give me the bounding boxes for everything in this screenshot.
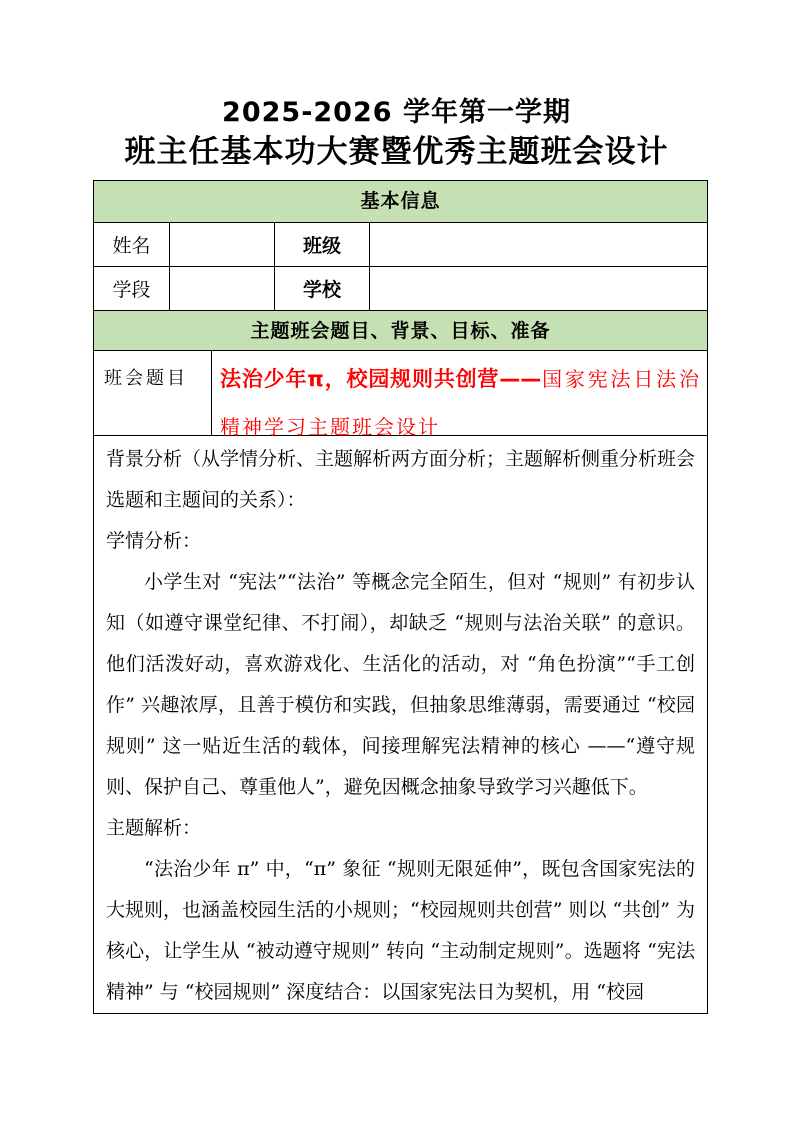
field-label-class: 班级 <box>274 223 369 266</box>
topic-row-label: 班会题目 <box>94 351 211 435</box>
doc-title-line1: 2025-2026 学年第一学期 <box>0 0 793 130</box>
background-analysis-cell: 背景分析（从学情分析、主题解析两方面分析；主题解析侧重分析班会选题和主题间的关系… <box>94 435 707 1013</box>
field-value-stage[interactable] <box>169 267 274 310</box>
zhuti-body: “法治少年 π” 中，“π” 象征 “规则无限延伸”，既包含国家宪法的大规则，也… <box>106 849 695 1013</box>
info-row-name-class: 姓名 班级 <box>94 222 707 266</box>
document-page: 2025-2026 学年第一学期 班主任基本功大赛暨优秀主题班会设计 基本信息 … <box>0 0 793 1122</box>
xueqing-body: 小学生对 “宪法”“法治” 等概念完全陌生，但对 “规则” 有初步认知（如遵守课… <box>106 562 695 808</box>
topic-row: 班会题目 法治少年π，校园规则共创营——国家宪法日法治精神学习主题班会设计 <box>94 350 707 435</box>
form-table: 基本信息 姓名 班级 学段 学校 主题班会题目、背景、目标、准备 班会题目 法治… <box>93 180 708 1014</box>
background-intro: 背景分析（从学情分析、主题解析两方面分析；主题解析侧重分析班会选题和主题间的关系… <box>106 439 695 521</box>
field-label-stage: 学段 <box>94 267 169 310</box>
info-row-stage-school: 学段 学校 <box>94 266 707 310</box>
topic-title-emphasis: 法治少年π，校园规则共创营—— <box>220 367 541 391</box>
field-value-name[interactable] <box>169 223 274 266</box>
zhuti-heading: 主题解析： <box>106 808 695 849</box>
doc-title-line2: 班主任基本功大赛暨优秀主题班会设计 <box>0 132 793 172</box>
field-value-school[interactable] <box>369 267 707 310</box>
field-value-class[interactable] <box>369 223 707 266</box>
section-header-topic: 主题班会题目、背景、目标、准备 <box>94 310 707 350</box>
field-label-school: 学校 <box>274 267 369 310</box>
xueqing-heading: 学情分析： <box>106 521 695 562</box>
topic-title: 法治少年π，校园规则共创营——国家宪法日法治精神学习主题班会设计 <box>211 351 707 435</box>
section-header-basic-info: 基本信息 <box>94 181 707 222</box>
field-label-name: 姓名 <box>94 223 169 266</box>
